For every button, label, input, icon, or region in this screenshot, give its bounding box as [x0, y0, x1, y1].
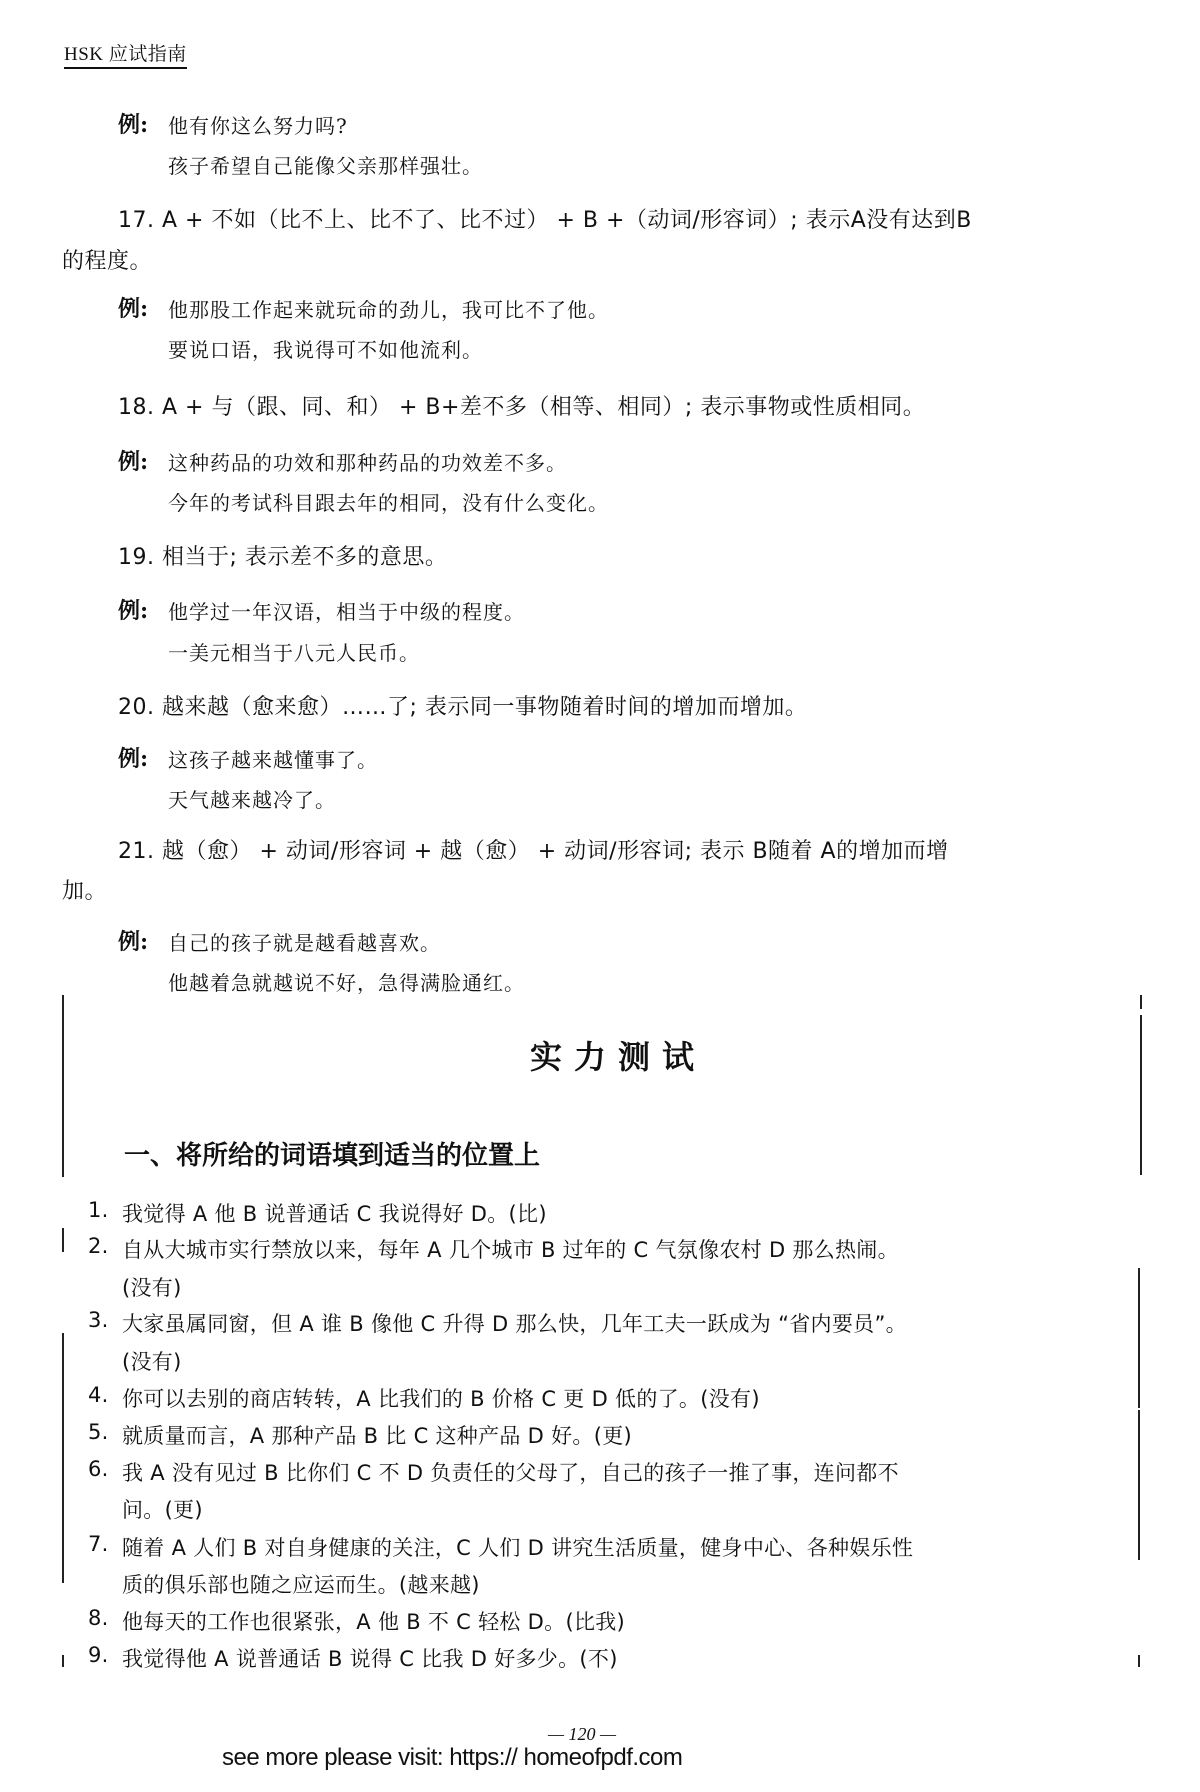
example-sentence: 天气越来越冷了。 [168, 784, 336, 813]
question-number: 6. [88, 1457, 109, 1481]
question-number: 8. [88, 1606, 109, 1630]
frame-line-left-tick [62, 1655, 64, 1667]
question-text: 大家虽属同窗，但 A 谁 B 像他 C 升得 D 那么快，几年工夫一跃成为 “省… [122, 1308, 907, 1338]
grammar-point-19: 19. 相当于; 表示差不多的意思。 [118, 540, 447, 571]
grammar-point-17: 17. A + 不如（比不上、比不了、比不过） + B +（动词/形容词）; 表… [118, 203, 972, 234]
example-sentence: 他越着急就越说不好，急得满脸通红。 [168, 967, 525, 996]
frame-line-right-lower [1138, 1268, 1140, 1408]
example-label: 例: [118, 594, 148, 625]
frame-line-left-lower [62, 1333, 64, 1583]
example-sentence: 这种药品的功效和那种药品的功效差不多。 [168, 447, 567, 476]
example-sentence: 他那股工作起来就玩命的劲儿，我可比不了他。 [168, 294, 609, 323]
question-text-cont: 质的俱乐部也随之应运而生。(越来越) [122, 1569, 480, 1599]
frame-line-right-lower2 [1138, 1410, 1140, 1560]
running-header: HSK 应试指南 [64, 44, 187, 69]
frame-line-right-dash [1140, 995, 1142, 1009]
example-label: 例: [118, 742, 148, 773]
grammar-point-21-cont: 加。 [62, 874, 107, 905]
example-sentence: 今年的考试科目跟去年的相同，没有什么变化。 [168, 487, 609, 516]
frame-line-right-tick [1138, 1655, 1140, 1667]
question-number: 1. [88, 1198, 109, 1222]
question-text: 他每天的工作也很紧张，A 他 B 不 C 轻松 D。(比我) [122, 1606, 625, 1636]
grammar-point-17-cont: 的程度。 [62, 244, 152, 275]
part-title: 一、将所给的词语填到适当的位置上 [124, 1135, 540, 1172]
example-label: 例: [118, 108, 148, 139]
grammar-point-20: 20. 越来越（愈来愈）……了; 表示同一事物随着时间的增加而增加。 [118, 690, 807, 721]
grammar-point-21: 21. 越（愈） + 动词/形容词 + 越（愈） + 动词/形容词; 表示 B随… [118, 834, 949, 865]
question-number: 9. [88, 1643, 109, 1667]
example-label: 例: [118, 445, 148, 476]
example-sentence: 他学过一年汉语，相当于中级的程度。 [168, 596, 525, 625]
question-text: 自从大城市实行禁放以来，每年 A 几个城市 B 过年的 C 气氛像农村 D 那么… [122, 1234, 899, 1264]
question-number: 3. [88, 1308, 109, 1332]
page-number: — 120 — [548, 1724, 616, 1745]
question-number: 7. [88, 1532, 109, 1556]
question-text-cont: (没有) [122, 1346, 182, 1376]
question-text: 我觉得他 A 说普通话 B 说得 C 比我 D 好多少。(不) [122, 1643, 618, 1673]
example-sentence: 自己的孩子就是越看越喜欢。 [168, 927, 441, 956]
frame-line-right [1140, 1015, 1142, 1175]
section-title: 实力测试 [530, 1032, 706, 1078]
example-sentence: 一美元相当于八元人民币。 [168, 637, 420, 666]
question-text: 我觉得 A 他 B 说普通话 C 我说得好 D。(比) [122, 1198, 547, 1228]
question-text-cont: 问。(更) [122, 1494, 203, 1524]
question-number: 2. [88, 1234, 109, 1258]
example-sentence: 他有你这么努力吗? [168, 110, 348, 139]
example-label: 例: [118, 925, 148, 956]
frame-line-left [62, 995, 64, 1177]
question-number: 5. [88, 1420, 109, 1444]
frame-line-left-short [62, 1228, 64, 1252]
question-text: 你可以去别的商店转转，A 比我们的 B 价格 C 更 D 低的了。(没有) [122, 1383, 760, 1413]
example-sentence: 这孩子越来越懂事了。 [168, 744, 378, 773]
question-text: 随着 A 人们 B 对自身健康的关注，C 人们 D 讲究生活质量，健身中心、各种… [122, 1532, 913, 1562]
example-sentence: 孩子希望自己能像父亲那样强壮。 [168, 150, 483, 179]
grammar-point-18: 18. A + 与（跟、同、和） + B+差不多（相等、相同）; 表示事物或性质… [118, 390, 925, 421]
question-text-cont: (没有) [122, 1272, 182, 1302]
example-sentence: 要说口语，我说得可不如他流利。 [168, 334, 483, 363]
question-number: 4. [88, 1383, 109, 1407]
watermark-link[interactable]: see more please visit: https:// homeofpd… [222, 1744, 682, 1772]
example-label: 例: [118, 292, 148, 323]
document-page: HSK 应试指南 例: 他有你这么努力吗? 孩子希望自己能像父亲那样强壮。 17… [0, 0, 1200, 1792]
question-text: 我 A 没有见过 B 比你们 C 不 D 负责任的父母了，自己的孩子一推了事，连… [122, 1457, 899, 1487]
question-text: 就质量而言，A 那种产品 B 比 C 这种产品 D 好。(更) [122, 1420, 632, 1450]
